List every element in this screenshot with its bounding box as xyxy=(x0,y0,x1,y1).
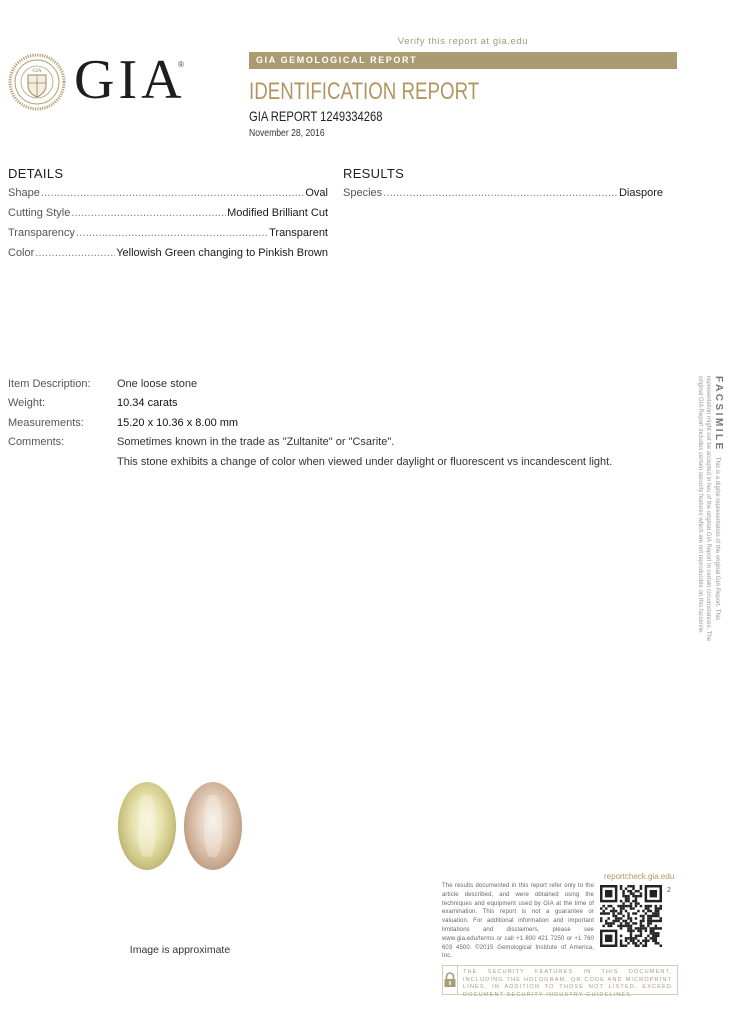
security-text: THE SECURITY FEATURES IN THIS DOCUMENT, … xyxy=(458,966,677,994)
qr-code-icon[interactable] xyxy=(600,885,662,947)
registered-mark: ® xyxy=(178,60,184,69)
report-date: November 28, 2016 xyxy=(249,127,325,139)
security-notice: THE SECURITY FEATURES IN THIS DOCUMENT, … xyxy=(442,965,678,995)
result-label: Species xyxy=(343,187,382,199)
detail-row-transparency: Transparency Transparent xyxy=(8,227,328,247)
gem-image-incandescent xyxy=(184,782,242,870)
info-label: Item Description: xyxy=(8,378,117,390)
detail-row-color: Color Yellowish Green changing to Pinkis… xyxy=(8,247,328,267)
reportcheck-link[interactable]: reportcheck.gia.edu xyxy=(604,872,674,881)
info-value: 10.34 carats xyxy=(117,397,178,409)
info-row-item-description: Item Description: One loose stone xyxy=(8,374,668,394)
info-value: One loose stone xyxy=(117,378,197,390)
detail-value: Modified Brilliant Cut xyxy=(227,207,328,219)
info-value: This stone exhibits a change of color wh… xyxy=(117,456,612,468)
leader-dots xyxy=(35,247,115,259)
lock-icon xyxy=(443,966,458,994)
details-heading: DETAILS xyxy=(8,166,328,181)
result-row-species: Species Diaspore xyxy=(343,187,663,207)
info-row-comments-continued: This stone exhibits a change of color wh… xyxy=(8,452,668,472)
gem-image-daylight xyxy=(118,782,176,870)
result-value: Diaspore xyxy=(619,187,663,199)
detail-row-cutting-style: Cutting Style Modified Brilliant Cut xyxy=(8,207,328,227)
report-number: GIA REPORT 1249334268 xyxy=(249,108,382,124)
info-row-comments: Comments: Sometimes known in the trade a… xyxy=(8,433,668,453)
detail-row-shape: Shape Oval xyxy=(8,187,328,207)
page-number: 2 xyxy=(667,887,671,894)
detail-value: Transparent xyxy=(269,227,328,239)
leader-dots xyxy=(41,187,305,199)
report-type-label: GIA GEMOLOGICAL REPORT xyxy=(256,55,417,65)
info-label: Comments: xyxy=(8,436,117,448)
info-value: Sometimes known in the trade as "Zultani… xyxy=(117,436,394,448)
detail-label: Shape xyxy=(8,187,40,199)
detail-value: Oval xyxy=(305,187,328,199)
info-row-measurements: Measurements: 15.20 x 10.36 x 8.00 mm xyxy=(8,413,668,433)
details-section: DETAILS Shape Oval Cutting Style Modifie… xyxy=(8,166,328,267)
results-section: RESULTS Species Diaspore xyxy=(343,166,663,207)
info-label: Weight: xyxy=(8,397,117,409)
results-heading: RESULTS xyxy=(343,166,663,181)
leader-dots xyxy=(76,227,268,239)
detail-value: Yellowish Green changing to Pinkish Brow… xyxy=(116,247,328,259)
detail-label: Transparency xyxy=(8,227,75,239)
info-row-weight: Weight: 10.34 carats xyxy=(8,394,668,414)
info-value: 15.20 x 10.36 x 8.00 mm xyxy=(117,417,238,429)
disclaimer-text: The results documented in this report re… xyxy=(442,882,594,961)
detail-label: Color xyxy=(8,247,34,259)
facsimile-notice: FACSIMILEThis is a digital representatio… xyxy=(682,376,722,676)
image-caption: Image is approximate xyxy=(100,944,260,956)
info-label: Measurements: xyxy=(8,417,117,429)
item-info-section: Item Description: One loose stone Weight… xyxy=(8,374,668,472)
report-title: IDENTIFICATION REPORT xyxy=(249,78,479,106)
report-type-bar: GIA GEMOLOGICAL REPORT xyxy=(249,52,677,69)
verify-link[interactable]: Verify this report at gia.edu xyxy=(249,36,677,47)
leader-dots xyxy=(383,187,618,199)
detail-label: Cutting Style xyxy=(8,207,70,219)
svg-text:GIA: GIA xyxy=(33,69,42,74)
gia-seal-icon: GIA xyxy=(8,53,66,111)
facsimile-title: FACSIMILE xyxy=(713,376,724,452)
gia-logo: GIA xyxy=(74,50,186,110)
leader-dots xyxy=(71,207,226,219)
